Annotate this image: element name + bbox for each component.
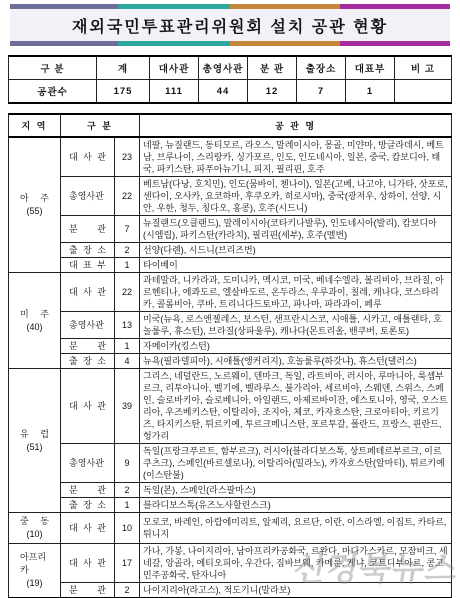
summary-value-office: 7	[297, 80, 346, 104]
region-count: (40)	[13, 321, 56, 334]
missions-cell: 나이지리아(라고스), 적도기니(말라보)	[140, 583, 452, 598]
type-cell: 분 관	[61, 339, 115, 354]
type-cell: 분 관	[61, 483, 115, 498]
table-row: 분 관 7 뉴질랜드(오클랜드), 말레이시아(코타키나발루), 인도네시아(발…	[9, 216, 452, 243]
type-cell: 총영사관	[61, 312, 115, 339]
table-row: 중 동 (10) 대 사 관 10 모로코, 바레인, 아랍에미리트, 알제리,…	[9, 513, 452, 544]
type-cell: 총영사관	[61, 177, 115, 216]
missions-cell: 과테말라, 니카라과, 도미니카, 멕시코, 미국, 베네수엘라, 볼리비아, …	[140, 273, 452, 312]
region-name: 아프리카	[13, 551, 56, 577]
table-row: 출 장 소 1 블라디보스톡(유즈노사할린스크)	[9, 498, 452, 513]
bar-segment-slate	[10, 4, 118, 9]
count-cell: 2	[115, 243, 140, 258]
count-cell: 7	[115, 216, 140, 243]
missions-header-region: 지 역	[9, 114, 61, 137]
count-cell: 10	[115, 513, 140, 544]
type-cell: 대 사 관	[61, 273, 115, 312]
type-cell: 출 장 소	[61, 498, 115, 513]
table-row: 미 주 (40) 대 사 관 22 과테말라, 니카라과, 도미니카, 멕시코,…	[9, 273, 452, 312]
bar-segment-orange	[230, 4, 340, 9]
count-cell: 13	[115, 312, 140, 339]
region-name: 미 주	[13, 308, 56, 321]
table-row: 총영사관 9 독일(프랑크푸르트, 함부르크), 러시아(블라디보스톡, 상트페…	[9, 444, 452, 483]
type-cell: 총영사관	[61, 444, 115, 483]
missions-cell: 베트남(다낭, 호치민), 인도(뭄바이, 첸나이), 일본(고베, 나고야, …	[140, 177, 452, 216]
summary-value-mission: 1	[346, 80, 395, 104]
table-row: 아프리카 (19) 대 사 관 17 가나, 가봉, 나이지리아, 남아프리카공…	[9, 544, 452, 583]
summary-header-mission: 대표부	[346, 56, 395, 80]
summary-header-embassy: 대사관	[150, 56, 199, 80]
summary-value-branch: 12	[248, 80, 297, 104]
count-cell: 22	[115, 177, 140, 216]
missions-cell: 독일(본), 스페인(라스팔마스)	[140, 483, 452, 498]
summary-data-row: 공관수 175 111 44 12 7 1	[9, 80, 452, 104]
summary-header-remark: 비 고	[395, 56, 452, 80]
title-bottom-bar	[10, 41, 450, 46]
type-cell: 출 장 소	[61, 243, 115, 258]
region-count: (51)	[13, 441, 56, 454]
missions-cell: 독일(프랑크푸르트, 함부르크), 러시아(블라디보스톡, 상트페테르부르크, …	[140, 444, 452, 483]
summary-value-embassy: 111	[150, 80, 199, 104]
missions-cell: 블라디보스톡(유즈노사할린스크)	[140, 498, 452, 513]
region-name: 아 주	[13, 192, 56, 205]
missions-cell: 모로코, 바레인, 아랍에미리트, 알제리, 요르단, 이란, 이스라엘, 이집…	[140, 513, 452, 544]
missions-cell: 네팔, 뉴질랜드, 동티모르, 라오스, 말레이시아, 몽골, 미얀마, 방글라…	[140, 137, 452, 177]
table-row: 출 장 소 2 선양(다롄), 시드니(브리즈번)	[9, 243, 452, 258]
table-row: 총영사관 22 베트남(다낭, 호치민), 인도(뭄바이, 첸나이), 일본(고…	[9, 177, 452, 216]
region-count: (55)	[13, 205, 56, 218]
count-cell: 1	[115, 498, 140, 513]
count-cell: 17	[115, 544, 140, 583]
missions-cell: 선양(다롄), 시드니(브리즈번)	[140, 243, 452, 258]
title-top-bar	[10, 4, 450, 9]
table-row: 총영사관 13 미국(뉴욕, 로스앤젤레스, 보스턴, 샌프란시스코, 시애틀,…	[9, 312, 452, 339]
summary-row-label: 공관수	[9, 80, 97, 104]
type-cell: 대 표 부	[61, 258, 115, 273]
summary-header-office: 출장소	[297, 56, 346, 80]
count-cell: 1	[115, 339, 140, 354]
type-cell: 출 장 소	[61, 354, 115, 369]
missions-cell: 뉴질랜드(오클랜드), 말레이시아(코타키나발루), 인도네시아(발리), 캄보…	[140, 216, 452, 243]
count-cell: 2	[115, 483, 140, 498]
region-count: (10)	[13, 528, 56, 541]
table-row: 대 표 부 1 타이베이	[9, 258, 452, 273]
type-cell: 대 사 관	[61, 369, 115, 444]
table-row: 아 주 (55) 대 사 관 23 네팔, 뉴질랜드, 동티모르, 라오스, 말…	[9, 137, 452, 177]
type-cell: 분 관	[61, 583, 115, 598]
region-cell-middle-east: 중 동 (10)	[9, 513, 61, 544]
missions-cell: 자메이카(킹스턴)	[140, 339, 452, 354]
summary-header-branch: 분 관	[248, 56, 297, 80]
summary-table: 구 분 계 대사관 총영사관 분 관 출장소 대표부 비 고 공관수 175 1…	[8, 55, 452, 104]
page-title: 재외국민투표관리위원회 설치 공관 현황	[10, 9, 450, 41]
table-row: 유 럽 (51) 대 사 관 39 그리스, 네덜란드, 노르웨이, 덴마크, …	[9, 369, 452, 444]
missions-cell: 타이베이	[140, 258, 452, 273]
document-page: 재외국민투표관리위원회 설치 공관 현황 구 분 계 대사관 총영사관 분 관 …	[0, 0, 460, 598]
title-block: 재외국민투표관리위원회 설치 공관 현황	[10, 4, 450, 46]
bar-segment-slate	[10, 41, 118, 46]
table-row: 분 관 2 나이지리아(라고스), 적도기니(말라보)	[9, 583, 452, 598]
count-cell: 2	[115, 583, 140, 598]
summary-value-total: 175	[97, 80, 150, 104]
table-row: 분 관 1 자메이카(킹스턴)	[9, 339, 452, 354]
type-cell: 대 사 관	[61, 544, 115, 583]
region-cell-europe: 유 럽 (51)	[9, 369, 61, 513]
missions-cell: 가나, 가봉, 나이지리아, 남아프리카공화국, 르완다, 마다가스카르, 모잠…	[140, 544, 452, 583]
count-cell: 22	[115, 273, 140, 312]
bar-segment-magenta	[340, 4, 450, 9]
summary-header-total: 계	[97, 56, 150, 80]
missions-cell: 그리스, 네덜란드, 노르웨이, 덴마크, 독일, 라트비아, 러시아, 루마니…	[140, 369, 452, 444]
table-row: 출 장 소 4 뉴욕(필라델피아), 시애틀(앵커리지), 호놀룰루(하갓냐),…	[9, 354, 452, 369]
count-cell: 23	[115, 137, 140, 177]
type-cell: 대 사 관	[61, 137, 115, 177]
region-cell-asia: 아 주 (55)	[9, 137, 61, 273]
region-name: 중 동	[13, 515, 56, 528]
type-cell: 분 관	[61, 216, 115, 243]
bar-segment-magenta	[340, 41, 450, 46]
bar-segment-orange	[230, 41, 340, 46]
region-count: (19)	[13, 577, 56, 590]
missions-header-row: 지 역 구 분 공 관 명	[9, 114, 452, 137]
count-cell: 4	[115, 354, 140, 369]
region-cell-americas: 미 주 (40)	[9, 273, 61, 369]
bar-segment-teal	[118, 41, 230, 46]
type-cell: 대 사 관	[61, 513, 115, 544]
region-name: 유 럽	[13, 428, 56, 441]
summary-value-remark	[395, 80, 452, 104]
table-row: 분 관 2 독일(본), 스페인(라스팔마스)	[9, 483, 452, 498]
missions-header-type: 구 분	[61, 114, 140, 137]
region-cell-africa: 아프리카 (19)	[9, 544, 61, 598]
missions-cell: 미국(뉴욕, 로스앤젤레스, 보스턴, 샌프란시스코, 시애틀, 시카고, 애틀…	[140, 312, 452, 339]
missions-header-name: 공 관 명	[140, 114, 452, 137]
missions-table: 지 역 구 분 공 관 명 아 주 (55) 대 사 관 23 네팔, 뉴질랜드…	[8, 113, 452, 598]
summary-value-consulate: 44	[199, 80, 248, 104]
summary-header-consulate: 총영사관	[199, 56, 248, 80]
summary-header-category: 구 분	[9, 56, 97, 80]
count-cell: 1	[115, 258, 140, 273]
summary-header-row: 구 분 계 대사관 총영사관 분 관 출장소 대표부 비 고	[9, 56, 452, 80]
missions-cell: 뉴욕(필라델피아), 시애틀(앵커리지), 호놀룰루(하갓냐), 휴스턴(댈러스…	[140, 354, 452, 369]
count-cell: 39	[115, 369, 140, 444]
bar-segment-teal	[118, 4, 230, 9]
count-cell: 9	[115, 444, 140, 483]
